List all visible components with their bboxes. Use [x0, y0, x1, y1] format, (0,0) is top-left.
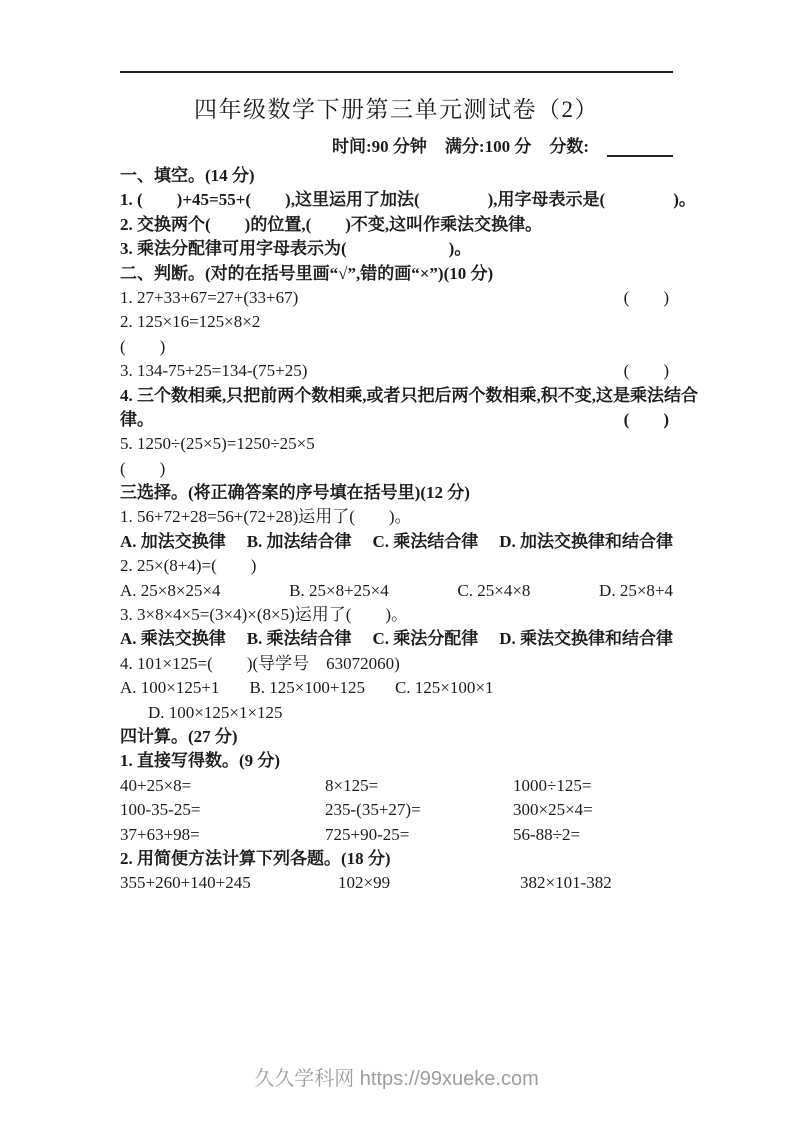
choice-option: D. 加法交换律和结合律 [499, 530, 673, 554]
calc-expression: 382×101-382 [520, 871, 673, 895]
calc-expression: 300×25×4= [513, 798, 673, 822]
section-calc-heading: 四计算。(27 分) [120, 725, 673, 749]
calc-expression: 100-35-25= [120, 798, 325, 822]
choice-option: C. 25×4×8 [457, 579, 530, 603]
exam-full-score: 满分:100 分 [445, 132, 531, 157]
answer-bracket: ( ) [624, 286, 669, 310]
answer-bracket: ( ) [624, 359, 669, 383]
score-blank-line [607, 139, 673, 157]
choice-option: D. 25×8+4 [599, 579, 673, 603]
calc-expression: 37+63+98= [120, 823, 325, 847]
calc-expression: 1000÷125= [513, 774, 673, 798]
choice-question-4: 4. 101×125=( )(导学号 63072060) [120, 652, 673, 676]
fill-item-1: 1. ( )+45=55+( ),这里运用了加法( ),用字母表示是( )。 [120, 188, 673, 212]
choice-option: C. 125×100×1 [395, 676, 494, 700]
choice-option: A. 乘法交换律 [120, 627, 226, 651]
choice-question-4-option-d: D. 100×125×1×125 [120, 701, 673, 725]
mental-calc-row-2: 100-35-25=235-(35+27)=300×25×4= [120, 798, 673, 822]
choice-option: A. 25×8×25×4 [120, 579, 221, 603]
calc-expression: 235-(35+27)= [325, 798, 513, 822]
choice-question-2: 2. 25×(8+4)=( ) [120, 554, 673, 578]
exam-meta: 时间:90 分钟 满分:100 分 分数: [120, 132, 673, 157]
calc-expression: 102×99 [338, 871, 520, 895]
judge-item-4-tail: 律。 [120, 408, 154, 432]
judge-item-4-line1: 4. 三个数相乘,只把前两个数相乘,或者只把后两个数相乘,积不变,这是乘法结合 [120, 384, 673, 408]
choice-question-3: 3. 3×8×4×5=(3×4)×(8×5)运用了( )。 [120, 603, 673, 627]
section-choice-heading: 三选择。(将正确答案的序号填在括号里)(12 分) [120, 481, 673, 505]
choice-option: A. 100×125+1 [120, 676, 219, 700]
calc-expression: 8×125= [325, 774, 513, 798]
score-label: 分数: [549, 132, 589, 157]
calc-expression: 40+25×8= [120, 774, 325, 798]
mental-calc-row-1: 40+25×8=8×125=1000÷125= [120, 774, 673, 798]
judge-item-3-text: 3. 134-75+25=134-(75+25) [120, 359, 307, 383]
choice-option: B. 125×100+125 [249, 676, 365, 700]
test-paper-page: 四年级数学下册第三单元测试卷（2） 时间:90 分钟 满分:100 分 分数: … [0, 71, 793, 896]
judge-item-3: 3. 134-75+25=134-(75+25) ( ) [120, 359, 673, 383]
judge-item-5: 5. 1250÷(25×5)=1250÷25×5 [120, 432, 673, 456]
calc-expression: 56-88÷2= [513, 823, 673, 847]
choice-option: A. 加法交换律 [120, 530, 226, 554]
section-fill-heading: 一、填空。(14 分) [120, 164, 673, 188]
choice-question-2-options: A. 25×8×25×4B. 25×8+25×4C. 25×4×8D. 25×8… [120, 579, 673, 603]
choice-question-1-options: A. 加法交换律B. 加法结合律C. 乘法结合律D. 加法交换律和结合律 [120, 530, 673, 554]
choice-option: C. 乘法结合律 [373, 530, 479, 554]
judge-item-1: 1. 27+33+67=27+(33+67) ( ) [120, 286, 673, 310]
section-judge-heading: 二、判断。(对的在括号里画“√”,错的画“×”)(10 分) [120, 262, 673, 286]
calc-expression: 355+260+140+245 [120, 871, 338, 895]
choice-option: B. 乘法结合律 [247, 627, 352, 651]
calc-expression: 725+90-25= [325, 823, 513, 847]
header-divider [120, 71, 673, 73]
calc-sub2-heading: 2. 用简便方法计算下列各题。(18 分) [120, 847, 673, 871]
choice-question-4-options-row1: A. 100×125+1B. 125×100+125C. 125×100×1 [120, 676, 673, 700]
answer-bracket: ( ) [624, 408, 669, 432]
watermark-site-url: 久久学科网 https://99xueke.com [0, 1062, 793, 1091]
choice-question-1: 1. 56+72+28=56+(72+28)运用了( )。 [120, 505, 673, 529]
answer-bracket: ( ) [120, 457, 673, 481]
exam-time: 时间:90 分钟 [332, 132, 427, 157]
simplify-calc-row: 355+260+140+245102×99382×101-382 [120, 871, 673, 895]
choice-option: C. 乘法分配律 [373, 627, 479, 651]
choice-option: B. 加法结合律 [247, 530, 352, 554]
choice-option: D. 乘法交换律和结合律 [499, 627, 673, 651]
judge-item-4-line2: 律。 ( ) [120, 408, 673, 432]
choice-question-3-options: A. 乘法交换律B. 乘法结合律C. 乘法分配律D. 乘法交换律和结合律 [120, 627, 673, 651]
calc-sub1-heading: 1. 直接写得数。(9 分) [120, 749, 673, 773]
answer-bracket: ( ) [120, 335, 673, 359]
paper-body: 一、填空。(14 分) 1. ( )+45=55+( ),这里运用了加法( ),… [120, 164, 673, 896]
fill-item-3: 3. 乘法分配律可用字母表示为( )。 [120, 237, 673, 261]
mental-calc-row-3: 37+63+98=725+90-25=56-88÷2= [120, 823, 673, 847]
judge-item-2: 2. 125×16=125×8×2 [120, 310, 673, 334]
page-title: 四年级数学下册第三单元测试卷（2） [120, 95, 673, 125]
fill-item-2: 2. 交换两个( )的位置,( )不变,这叫作乘法交换律。 [120, 213, 673, 237]
choice-option: B. 25×8+25×4 [289, 579, 389, 603]
judge-item-1-text: 1. 27+33+67=27+(33+67) [120, 286, 298, 310]
